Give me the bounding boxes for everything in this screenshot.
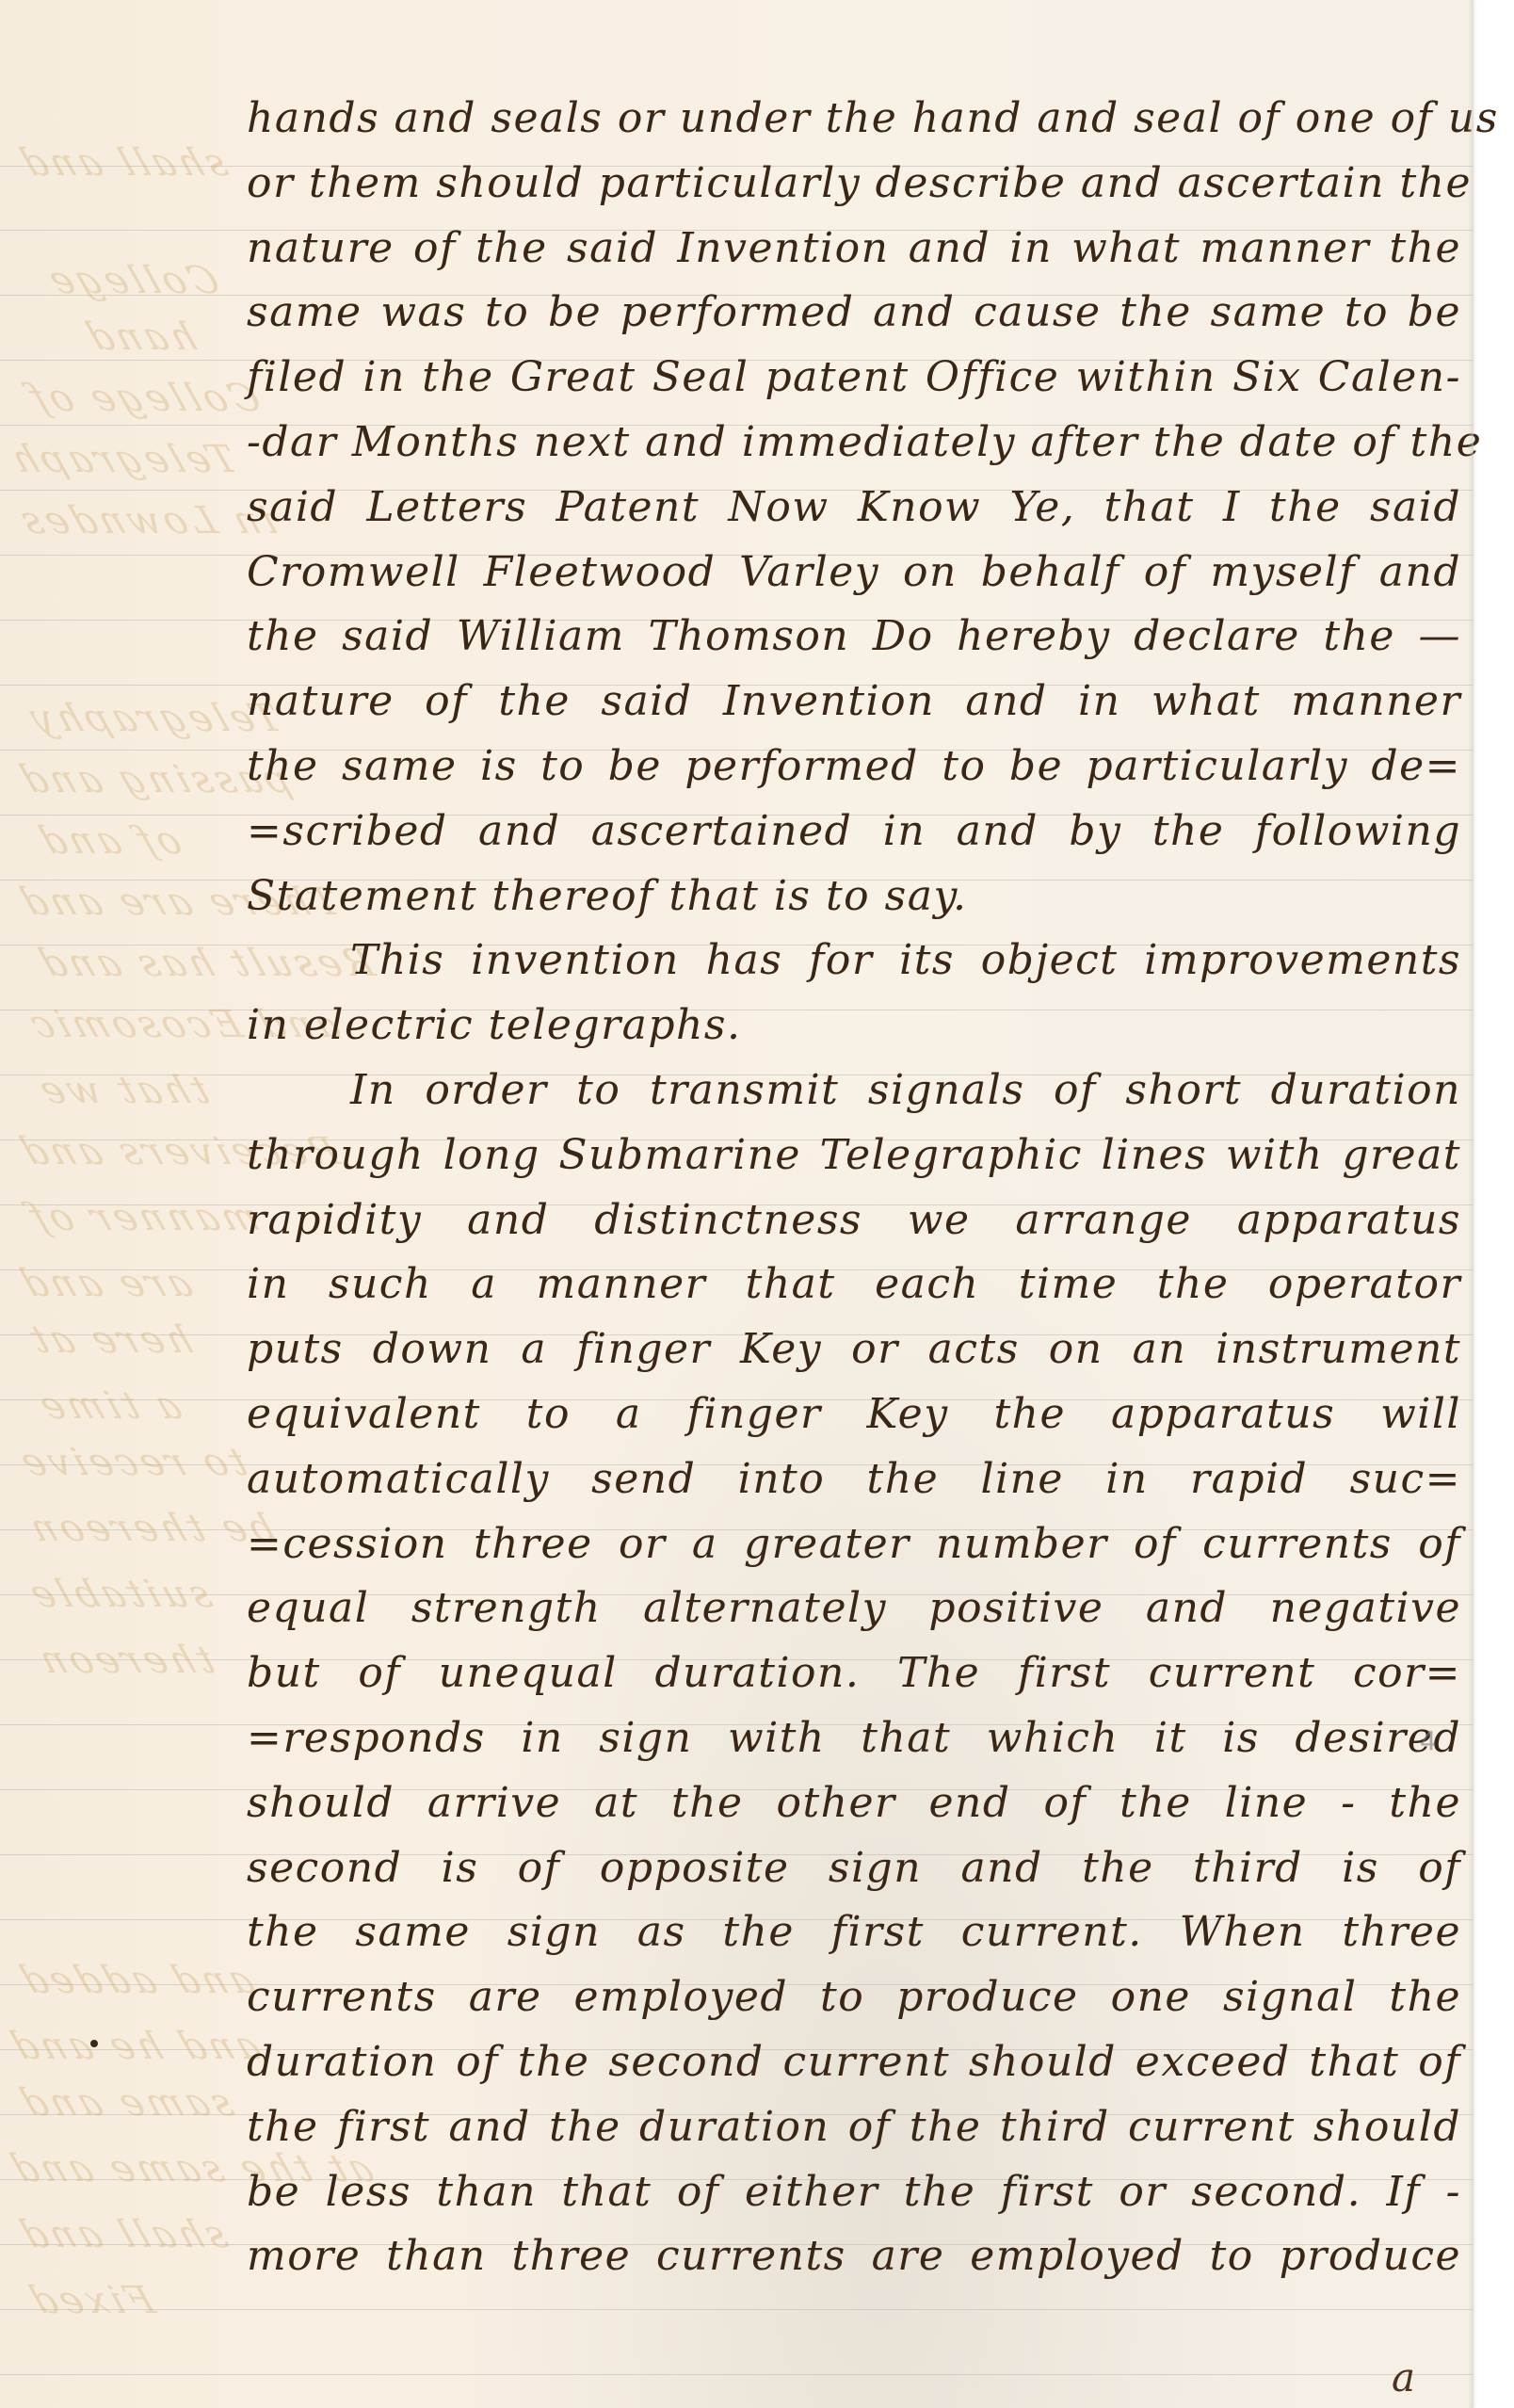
text-line: puts down a finger Key or acts on an ins… <box>247 1317 1461 1382</box>
text-line: same was to be performed and cause the s… <box>247 281 1461 346</box>
text-line: be less than that of either the first or… <box>247 2160 1461 2225</box>
text-line: second is of opposite sign and the third… <box>247 1836 1461 1901</box>
text-line: -dar Months next and immediately after t… <box>247 411 1461 476</box>
bleed-through-ink: that we <box>30 1069 216 1112</box>
text-line: more than three currents are employed to… <box>247 2224 1461 2289</box>
text-line: said Letters Patent Now Know Ye, that I … <box>247 476 1461 541</box>
bleed-through-ink: suitable <box>21 1573 218 1616</box>
catchword: a <box>1392 2354 1415 2400</box>
bleed-through-ink: a time <box>30 1384 188 1428</box>
bleed-through-ink: be thereon <box>21 1507 282 1550</box>
manuscript-page: shall and College hand College of Telegr… <box>0 0 1474 2408</box>
text-line: currents are employed to produce one sig… <box>247 1965 1461 2030</box>
bleed-through-ink: in Lowndes <box>11 499 282 542</box>
paragraph-start-line: In order to transmit signals of short du… <box>247 1059 1461 1123</box>
text-line: the same is to be performed to be partic… <box>247 735 1461 800</box>
text-line: the first and the duration of the third … <box>247 2095 1461 2160</box>
text-line: should arrive at the other end of the li… <box>247 1771 1461 1836</box>
text-line: equivalent to a finger Key the apparatus… <box>247 1382 1461 1447</box>
text-line: Statement thereof that is to say. <box>247 865 1461 929</box>
bleed-through-ink: and he and <box>2 2025 267 2068</box>
ruled-line <box>0 2374 1474 2375</box>
text-line: nature of the said Invention and in what… <box>247 217 1461 282</box>
manuscript-text: hands and seals or under the hand and se… <box>247 87 1471 2289</box>
text-line: equal strength alternately positive and … <box>247 1576 1461 1641</box>
text-line: through long Submarine Telegraphic lines… <box>247 1123 1461 1188</box>
text-line: the same sign as the first current. When… <box>247 1900 1461 1965</box>
bleed-through-ink: Telegraph <box>2 438 243 481</box>
text-line: the said William Thomson Do hereby decla… <box>247 605 1461 670</box>
ink-spot <box>90 2040 98 2047</box>
bleed-through-ink: here at <box>21 1318 200 1362</box>
bleed-through-ink: are and <box>11 1262 199 1305</box>
text-line: in such a manner that each time the oper… <box>247 1252 1461 1317</box>
text-line: hands and seals or under the hand and se… <box>247 87 1461 152</box>
bleed-through-ink: hand <box>77 315 203 359</box>
text-line: or them should particularly describe and… <box>247 152 1461 217</box>
text-line: duration of the second current should ex… <box>247 2030 1461 2095</box>
margin-pencil-mark: 4 <box>1420 1725 1437 1756</box>
bleed-through-ink: shall and <box>11 141 234 185</box>
text-line: Cromwell Fleetwood Varley on behalf of m… <box>247 541 1461 606</box>
text-line: but of unequal duration. The first curre… <box>247 1641 1461 1706</box>
ruled-line <box>0 2309 1474 2310</box>
text-line: =scribed and ascertained in and by the f… <box>247 800 1461 865</box>
bleed-through-ink: manner of <box>21 1196 266 1239</box>
text-line: =cession three or a greater number of cu… <box>247 1512 1461 1577</box>
bleed-through-ink: shall and <box>11 2213 234 2256</box>
text-line: automatically send into the line in rapi… <box>247 1447 1461 1512</box>
text-line: nature of the said Invention and in what… <box>247 670 1461 735</box>
bleed-through-ink: College <box>40 259 226 302</box>
bleed-through-ink: thereon <box>30 1639 221 1682</box>
bleed-through-ink: Fixed <box>21 2279 161 2322</box>
text-line: rapidity and distinctness we arrange app… <box>247 1188 1461 1253</box>
bleed-through-ink: and added <box>11 1959 261 2002</box>
bleed-through-ink: of and <box>30 819 188 863</box>
bleed-through-ink: College of <box>21 377 267 420</box>
bleed-through-ink: to receive <box>11 1441 254 1484</box>
text-line: in electric telegraphs. <box>247 994 1461 1059</box>
bleed-through-ink: same and <box>11 2081 240 2125</box>
paragraph-start-line: This invention has for its object improv… <box>247 929 1461 994</box>
text-line: filed in the Great Seal patent Office wi… <box>247 346 1461 411</box>
text-line: =responds in sign with that which it is … <box>247 1706 1461 1771</box>
